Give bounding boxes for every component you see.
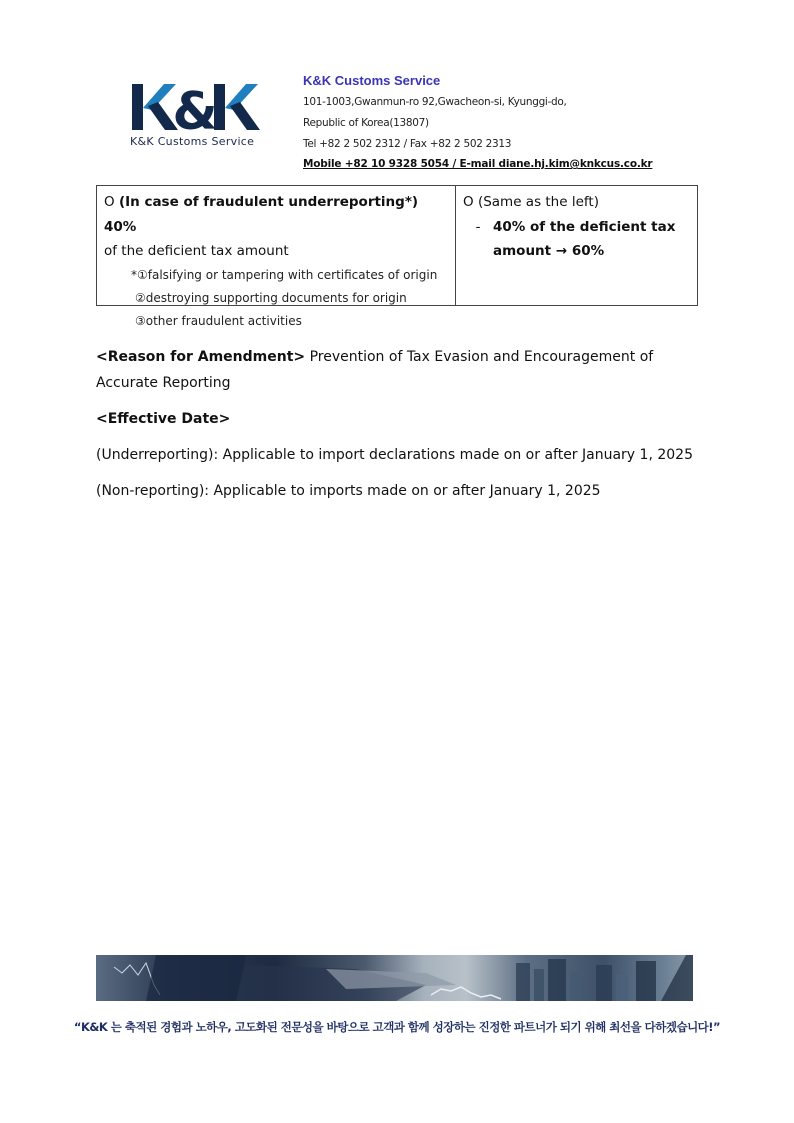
- company-info: K&K Customs Service 101-1003,Gwanmun-ro …: [303, 72, 652, 173]
- current-rule-continuation: of the deficient tax amount: [104, 239, 448, 264]
- reason-label: <Reason for Amendment>: [96, 349, 305, 365]
- address-line-2: Republic of Korea(13807): [303, 113, 652, 134]
- company-logo: & K&K Customs Service: [126, 82, 266, 152]
- company-slogan: “K&K 는 축적된 경험과 노하우, 고도화된 전문성을 바탕으로 고객과 함…: [0, 1019, 794, 1035]
- footer-banner-image: [96, 955, 693, 1001]
- bullet: O: [463, 194, 474, 210]
- phone-fax: Tel +82 2 502 2312 / Fax +82 2 502 2313: [303, 134, 652, 155]
- bullet: O: [104, 194, 115, 210]
- document-body: <Reason for Amendment> Prevention of Tax…: [96, 344, 696, 514]
- address-line-1: 101-1003,Gwanmun-ro 92,Gwacheon-si, Kyun…: [303, 92, 652, 113]
- footnote-2: ②destroying supporting documents for ori…: [104, 287, 448, 310]
- footnote-3: ③other fraudulent activities: [104, 310, 448, 333]
- svg-text:&: &: [172, 82, 217, 132]
- mobile-email: Mobile +82 10 9328 5054 / E-mail diane.h…: [303, 155, 652, 173]
- underreporting-paragraph: (Underreporting): Applicable to import d…: [96, 442, 696, 468]
- reason-paragraph: <Reason for Amendment> Prevention of Tax…: [96, 344, 696, 396]
- effective-date-heading: <Effective Date>: [96, 406, 696, 432]
- logo-subtitle: K&K Customs Service: [130, 135, 254, 148]
- amended-rule-text: (Same as the left): [478, 194, 599, 210]
- current-rule-line: O (In case of fraudulent underreporting*…: [104, 190, 448, 239]
- amended-change: - 40% of the deficient tax amount → 60%: [463, 215, 690, 264]
- amended-rule-line: O (Same as the left): [463, 190, 690, 215]
- amended-change-line-2: amount → 60%: [493, 239, 675, 264]
- table-cell-amended: O (Same as the left) - 40% of the defici…: [456, 186, 697, 305]
- comparison-table: O (In case of fraudulent underreporting*…: [96, 185, 698, 306]
- kk-logo-icon: &: [130, 82, 260, 132]
- dash-bullet: -: [463, 215, 493, 264]
- footnote-1: *①falsifying or tampering with certifica…: [104, 264, 448, 287]
- table-cell-current: O (In case of fraudulent underreporting*…: [97, 186, 456, 305]
- current-rule-bold: (In case of fraudulent underreporting*) …: [104, 194, 418, 235]
- company-name: K&K Customs Service: [303, 72, 652, 92]
- banner-graphic-icon: [96, 955, 693, 1001]
- amended-change-line-1: 40% of the deficient tax: [493, 215, 675, 240]
- nonreporting-paragraph: (Non-reporting): Applicable to imports m…: [96, 478, 696, 504]
- effective-label: <Effective Date>: [96, 411, 230, 427]
